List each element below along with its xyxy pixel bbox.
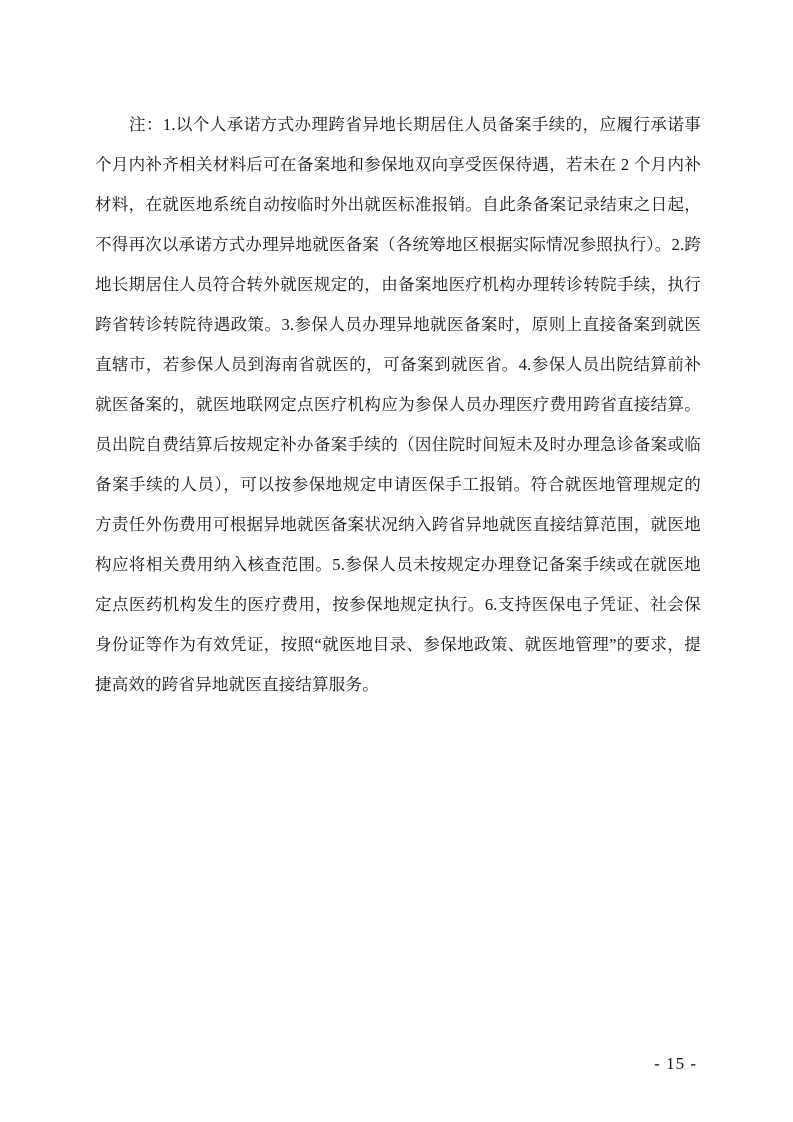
note-line: 材料，在就医地系统自动按临时外出就医标准报销。自此条备案记录结束之日起，一年内 [95, 185, 701, 225]
note-line: 捷高效的跨省异地就医直接结算服务。 [95, 665, 701, 705]
note-line: 就医备案的，就医地联网定点医疗机构应为参保人员办理医疗费用跨省直接结算。参保人 [95, 385, 701, 425]
note-line: 直辖市，若参保人员到海南省就医的，可备案到就医省。4.参保人员出院结算前补办异地 [95, 345, 701, 385]
note-line: 个月内补齐相关材料后可在备案地和参保地双向享受医保待遇，若未在 2 个月内补齐相… [95, 145, 701, 185]
note-line: 定点医药机构发生的医疗费用，按参保地规定执行。6.支持医保电子凭证、社会保障卡、 [95, 585, 701, 625]
document-page: 注：1.以个人承诺方式办理跨省异地长期居住人员备案手续的，应履行承诺事项，在 2… [0, 0, 793, 1122]
note-line: 身份证等作为有效凭证，按照“就医地目录、参保地政策、就医地管理”的要求，提供便 [95, 625, 701, 665]
note-line: 员出院自费结算后按规定补办备案手续的（因住院时间短未及时办理急诊备案或临时外出 [95, 425, 701, 465]
note-line: 方责任外伤费用可根据异地就医备案状况纳入跨省异地就医直接结算范围，就医地经办机 [95, 505, 701, 545]
note-paragraph: 注：1.以个人承诺方式办理跨省异地长期居住人员备案手续的，应履行承诺事项，在 2… [95, 105, 701, 705]
note-line: 构应将相关费用纳入核查范围。5.参保人员未按规定办理登记备案手续或在就医地非跨省 [95, 545, 701, 585]
note-line: 备案手续的人员），可以按参保地规定申请医保手工报销。符合就医地管理规定的无第三 [95, 465, 701, 505]
note-line: 地长期居住人员符合转外就医规定的，由备案地医疗机构办理转诊转院手续，执行参保地 [95, 265, 701, 305]
page-number: - 15 - [654, 1054, 697, 1074]
note-line: 注：1.以个人承诺方式办理跨省异地长期居住人员备案手续的，应履行承诺事项，在 2 [95, 105, 701, 145]
note-line: 不得再次以承诺方式办理异地就医备案（各统筹地区根据实际情况参照执行）。2.跨省异 [95, 225, 701, 265]
note-line: 跨省转诊转院待遇政策。3.参保人员办理异地就医备案时，原则上直接备案到就医地市或 [95, 305, 701, 345]
